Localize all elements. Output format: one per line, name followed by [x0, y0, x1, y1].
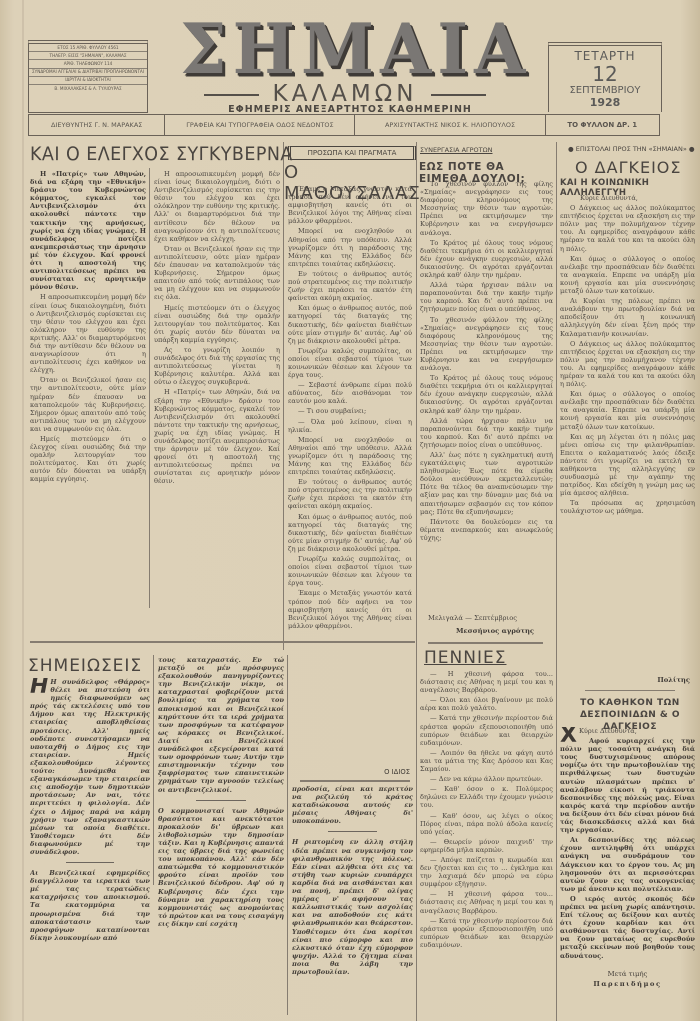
persons-paragraph: — Τι σου συμβαίνει;	[288, 407, 412, 415]
pennies-line: — Καθ' όσον ο κ. Πολύμερος δηλώνει εν Ελ…	[420, 785, 553, 809]
column-divider	[283, 142, 284, 650]
letter-signature: Πολίτης	[600, 676, 690, 684]
notes-drop-cap: Η	[30, 678, 48, 696]
persons-paragraph: Εν τούτοις ο άνθρωπος αυτός πού στρατευμ…	[288, 270, 412, 302]
persons-paragraph: — Όλα μού λείπουν, είναι η ηλικία.	[288, 418, 412, 434]
pennies-line: — Θεωρείν μόνον παιχνιδ' την εφημερίδα μ…	[420, 838, 553, 854]
lead-paragraph: Η απροσωπικευμένη μομφή δέν είναι ίσως δ…	[30, 293, 146, 374]
farmers-paragraph: Αλλά τώρα ήρχισαν πάλιν να παραπονούνται…	[420, 417, 553, 449]
column-divider	[153, 655, 154, 885]
pennies-line: — Λοιπόν θα ήθελε να φάγη αυτό και τα μά…	[420, 749, 553, 773]
pennies-line: — Η χθεσινή φάρσα του... διάστασις εις Α…	[420, 670, 553, 694]
lead-article-col2: Η απροσωπικευμένη μομφή δέν είναι ίσως δ…	[154, 170, 280, 640]
farmers-paragraph: Το χθεσινόν φύλλον της φίλης «Σημαίας» α…	[420, 316, 553, 373]
lead-paragraph: Η «Πατρίς» των Αθηνών, διά να εξάρη την …	[154, 388, 280, 485]
founders-names: Β. ΜΙΧΑΛΑΚΕΑΣ & Α. ΤΥΛΙΟΥΡΑΣ	[29, 85, 147, 92]
subtitle-rule-left	[204, 94, 259, 96]
staff-bar: ΔΙΕΥΘΥΝΤΗΣ Γ. Ν. ΜΑΡΑΚΑΣ ΓΡΑΦΕΙΑ ΚΑΙ ΤΥΠ…	[28, 114, 660, 136]
letter-kicker: ● ΕΠΙΣΤΟΛΑΙ ΠΡΟΣ ΤΗΝ «ΣΗΜΑΙΑΝ» ●	[568, 145, 695, 153]
letter-paragraph: Αι Κυρίαι της πόλεως πρέπει να αναλάβουν…	[560, 297, 695, 337]
farmers-end-rule	[428, 642, 543, 644]
notes-paragraph: Η ριπτομένη εν άλλη στήλη ιδέα πρέπει να…	[292, 838, 413, 976]
date-box: ΤΕΤΑΡΤΗ 12 ΣΕΠΤΕΜΒΡΙΟΥ 1928	[548, 42, 662, 112]
newspaper-subtitle: ΚΑΛΑΜΩΝ	[175, 82, 515, 106]
page-fold-shadow	[22, 0, 24, 1021]
letter-paragraph: Ο Δάγκειος ως άλλος πολύκαμπτος επιτήδει…	[560, 340, 695, 389]
farmers-kicker: ΣΥΝΕΡΓΑΣΙΑ ΑΓΡΟΤΩΝ	[420, 146, 492, 154]
lead-paragraph: Η απροσωπικευμένη μομφή δέν είναι ίσως δ…	[154, 170, 280, 243]
newspaper-title: ΣΗΜΑΙΑ	[180, 16, 510, 81]
letter-salutation: Κύριε Διευθυντά,	[560, 194, 695, 202]
editor-in-chief-credit: ΑΡΧΙΣΥΝΤΑΚΤΗΣ ΝΙΚΟΣ Κ. ΗΛΙΟΠΟΥΛΟΣ	[354, 115, 544, 135]
pennies-line: — Απόψε παίζεται η κωμωδία και δεν ζήσετ…	[420, 856, 553, 888]
persons-paragraph: Και όμως ο άνθρωπος αυτός, πού κατηγορεί…	[288, 513, 412, 553]
date-month: ΣΕΠΤΕΜΒΡΙΟΥ	[549, 85, 661, 96]
persons-paragraph: Γνωρίζω καλώς συμπολίτας, οι οποίοι είνα…	[288, 347, 412, 379]
notes-separator	[196, 800, 246, 801]
persons-paragraph: Μπορεί να ενοχληθούν οι Αθηναίοι από την…	[288, 227, 412, 267]
duty-closing: Μετά τιμής	[560, 970, 695, 978]
column-divider	[149, 168, 150, 608]
notes-col1: ΗΗ συνάδελφος «Θάρρος» θέλει να πιστεύση…	[30, 678, 150, 1008]
column-divider	[416, 142, 417, 1021]
notes-col3: προδοσία, είναι και περιττόν να ρεζιλεύη…	[292, 785, 413, 1015]
offices-address: ΓΡΑΦΕΙΑ ΚΑΙ ΤΥΠΟΓΡΑΦΕΙΑ ΟΔΟΣ ΝΕΔΟΝΤΟΣ	[164, 115, 354, 135]
director-credit: ΔΙΕΥΘΥΝΤΗΣ Γ. Ν. ΜΑΡΑΚΑΣ	[28, 115, 164, 135]
pennies-line: — Όλοι και όλοι βγαίνουν με πολύ αέρα κα…	[420, 696, 553, 712]
farmers-paragraph: Αλλ' έως πότε η εγκληματική αυτή εγκατάλ…	[420, 451, 553, 516]
letter-paragraph: Ο Δάγκειος ως άλλος πολύκαμπτος επιτήδει…	[560, 204, 695, 253]
notes-paragraph: Αι Βενιζελικαί εφημερίδες διαγγέλλουν τα…	[30, 869, 150, 942]
letter-paragraph: Τα πρόσωπα ας χρησιμεύση τουλάχιστον ως …	[560, 499, 695, 515]
notes-separator	[328, 831, 376, 832]
issue-info: ΕΤΟΣ 15 ΑΡΙΘ. ΦΥΛΛΟΥ 4561	[29, 44, 147, 52]
lead-paragraph: Ημείς πιστεύομεν ότι ο έλεγχος είναι ουσ…	[154, 304, 280, 344]
persons-paragraph: Έκαμε ο Μεταξάς γνωστόν κατά τρόπον πού …	[288, 589, 412, 629]
letter-paragraph: Και όμως ο σύλλογος ο οποίος ανέλαβε την…	[560, 255, 695, 295]
farmers-article: Το χθεσινόν φύλλον της φίλης «Σημαίας» α…	[420, 180, 553, 570]
duty-salutation-text: Κύριε Διευθυντά,	[579, 727, 637, 735]
masthead-info-box: ΕΤΟΣ 15 ΑΡΙΘ. ΦΥΛΛΟΥ 4561 ΤΗΛΕΓΡ. ΕΙΣΙΣ …	[28, 40, 148, 113]
persons-paragraph: — Σεβαστέ άνθρωπε είμαι πολύ αδύνατος, δ…	[288, 381, 412, 405]
persons-end-rule	[300, 780, 410, 782]
pennies-line: — Κατά την χθεσινήν περίοστον διά εράστε…	[420, 714, 553, 746]
issue-price: ΤΟ ΦΥΛΛΟΝ ΔΡ. 1	[545, 115, 660, 135]
farmers-paragraph: Το Κράτος μέ όλους τους νόμους διαθέτει …	[420, 239, 553, 279]
phone-info: ΑΡΙΘ. ΤΗΛΕΦΩΝΟΥ 114	[29, 60, 147, 68]
subscription-info: ΣΥΝΔΡΟΜΑΙ ΑΓΓΕΛΙΑΙ & ΔΙΑΤΡΙΒΑΙ ΠΡΟΠΛΗΡΩΝ…	[29, 69, 147, 77]
farmers-paragraph: Το χθεσινόν φύλλον της φίλης «Σημαίας» α…	[420, 180, 553, 237]
lead-paragraph: Ημείς πιστεύομεν ότι ο έλεγχος είναι ουσ…	[30, 435, 146, 484]
letter-paragraph: Και ας μη λέγεται ότι η πόλις μας μένει …	[560, 433, 695, 498]
duty-signature: Παρεπιδήμος	[560, 980, 695, 988]
duty-paragraph: Αφού κυριαρχεί εις την πόλιν μας τοσαύτη…	[560, 737, 695, 834]
persons-paragraph: Μπορεί να ενοχληθούν οι Αθηναίοι από την…	[288, 436, 412, 476]
pennies-line: — Η χθεσινή φάρσα του... διάστασις εις Α…	[420, 890, 553, 914]
notes-separator	[66, 862, 114, 863]
farmers-signature: Μεσσήνιος αγρότης	[440, 627, 550, 635]
newspaper-page: ΕΤΟΣ 15 ΑΡΙΘ. ΦΥΛΛΟΥ 4561 ΤΗΛΕΓΡ. ΕΙΣΙΣ …	[0, 0, 700, 1021]
letter-kicker-text: ΕΠΙΣΤΟΛΑΙ ΠΡΟΣ ΤΗΝ «ΣΗΜΑΙΑΝ»	[576, 145, 687, 153]
duty-paragraph: Αι δεσποινίδες της πόλεως έχουν αντιληφθ…	[560, 836, 695, 893]
notes-col2: τους καταχραστάς. Εν τώ μεταξύ οι μέν πρ…	[158, 656, 284, 1016]
persons-kicker: ΠΡΟΣΩΠΑ ΚΑΙ ΠΡΑΓΜΑΤΑ	[288, 146, 416, 160]
pennies-line: — Δεν να κάμω άλλον πρωτεύων.	[420, 775, 553, 783]
letter-end-rule	[585, 690, 675, 691]
notes-headline: ΣΗΜΕΙΩΣΕΙΣ	[28, 656, 142, 676]
duty-article: ΧΚύριε Διευθυντά, Αφού κυριαρχεί εις την…	[560, 727, 695, 967]
persons-paragraph: Εν τούτοις ο άνθρωπος αυτός πού στρατευμ…	[288, 478, 412, 510]
farmers-place-date: Μελιγαλά — Σεπτέμβριος	[428, 614, 517, 622]
founders-label: ΙΔΡΥΤΑΙ & ΙΔΙΟΚΤΗΤΑΙ	[29, 77, 147, 85]
pennies-line: — Καθ' όσον, ως λέγει ο οίκος Πόρος είνα…	[420, 812, 553, 836]
farmers-paragraph: Πάντοτε θα δουλεύομεν εις τα θέματα ανεπ…	[420, 518, 553, 542]
persons-signature: Ο ΙΔΙΟΣ	[330, 768, 410, 776]
notes-paragraph-text: Η συνάδελφος «Θάρρος» θέλει να πιστεύση …	[30, 678, 150, 856]
duty-salutation: ΧΚύριε Διευθυντά,	[560, 727, 695, 735]
column-divider	[556, 142, 557, 1021]
lead-paragraph: Η «Πατρίς» των Αθηνών, διά να εξάρη την …	[30, 170, 146, 291]
telegraph-info: ΤΗΛΕΓΡ. ΕΙΣΙΣ "ΣΗΜΑΙΑΝ", ΚΑΛΑΜΑΣ	[29, 52, 147, 60]
letter-paragraph: Και όμως ο σύλλογος ο οποίος ανέλαβε την…	[560, 390, 695, 430]
date-number: 12	[549, 63, 661, 85]
duty-drop-cap: Χ	[560, 727, 577, 745]
farmers-paragraph: Το Κράτος μέ όλους τους νόμους διαθέτει …	[420, 374, 553, 414]
persons-paragraph: Γνωρίζω καλώς συμπολίτας, οι οποίοι είνα…	[288, 555, 412, 587]
pennies-column: — Η χθεσινή φάρσα του... διάστασις εις Α…	[420, 670, 553, 1015]
notes-paragraph: Ο κομμουνισταί των Αθηνών θρασύτατοι και…	[158, 807, 284, 928]
lead-paragraph: Όταν οι Βενιζελικοί ήσαν εις την αντιπολ…	[30, 376, 146, 433]
date-year: 1928	[549, 96, 661, 109]
duty-paragraph: Ο ιερός αυτός σκοπός δέν πρέπει να μείνη…	[560, 895, 695, 960]
letter-headline: Ο ΔΑΓΚΕΙΟΣ	[575, 158, 682, 177]
lead-headline: ΚΑΙ Ο ΕΛΕΓΧΟΣ ΣΥΓΚΥΒΕΡΝΑ	[30, 143, 293, 165]
lead-article-col1: Η «Πατρίς» των Αθηνών, διά να εξάρη την …	[30, 170, 146, 640]
notes-paragraph: προδοσία, είναι και περιττόν να ρεζιλεύη…	[292, 785, 413, 825]
pennies-line: — Κατά την χθεσινήν περίοστον διά εράστε…	[420, 917, 553, 949]
lead-paragraph: Ας το γνωρίζη λοιπόν η συνάδελφος ότι δι…	[154, 346, 280, 386]
pennies-headline: ΠΕΝΝΙΕΣ	[424, 648, 506, 668]
date-day: ΤΕΤΑΡΤΗ	[549, 49, 661, 63]
farmers-paragraph: Αλλά τώρα ήρχισαν πάλιν να παραπονούνται…	[420, 281, 553, 313]
notes-paragraph: τους καταχραστάς. Εν τώ μεταξύ οι μέν πρ…	[158, 656, 284, 794]
letter-article: Κύριε Διευθυντά, Ο Δάγκειος ως άλλος πολ…	[560, 194, 695, 614]
notes-paragraph: ΗΗ συνάδελφος «Θάρρος» θέλει να πιστεύση…	[30, 678, 150, 856]
lead-paragraph: Όταν οι Βενιζελικοί ήσαν εις την αντιπολ…	[154, 245, 280, 302]
persons-paragraph: Έκαμε ο Μεταξάς γνωστόν κατά τρόπον πού …	[288, 185, 412, 225]
persons-paragraph: Και όμως ο άνθρωπος αυτός, πού κατηγορεί…	[288, 304, 412, 344]
subtitle-rule-right	[431, 94, 486, 96]
persons-article: Έκαμε ο Μεταξάς γνωστόν κατά τρόπον πού …	[288, 185, 412, 730]
